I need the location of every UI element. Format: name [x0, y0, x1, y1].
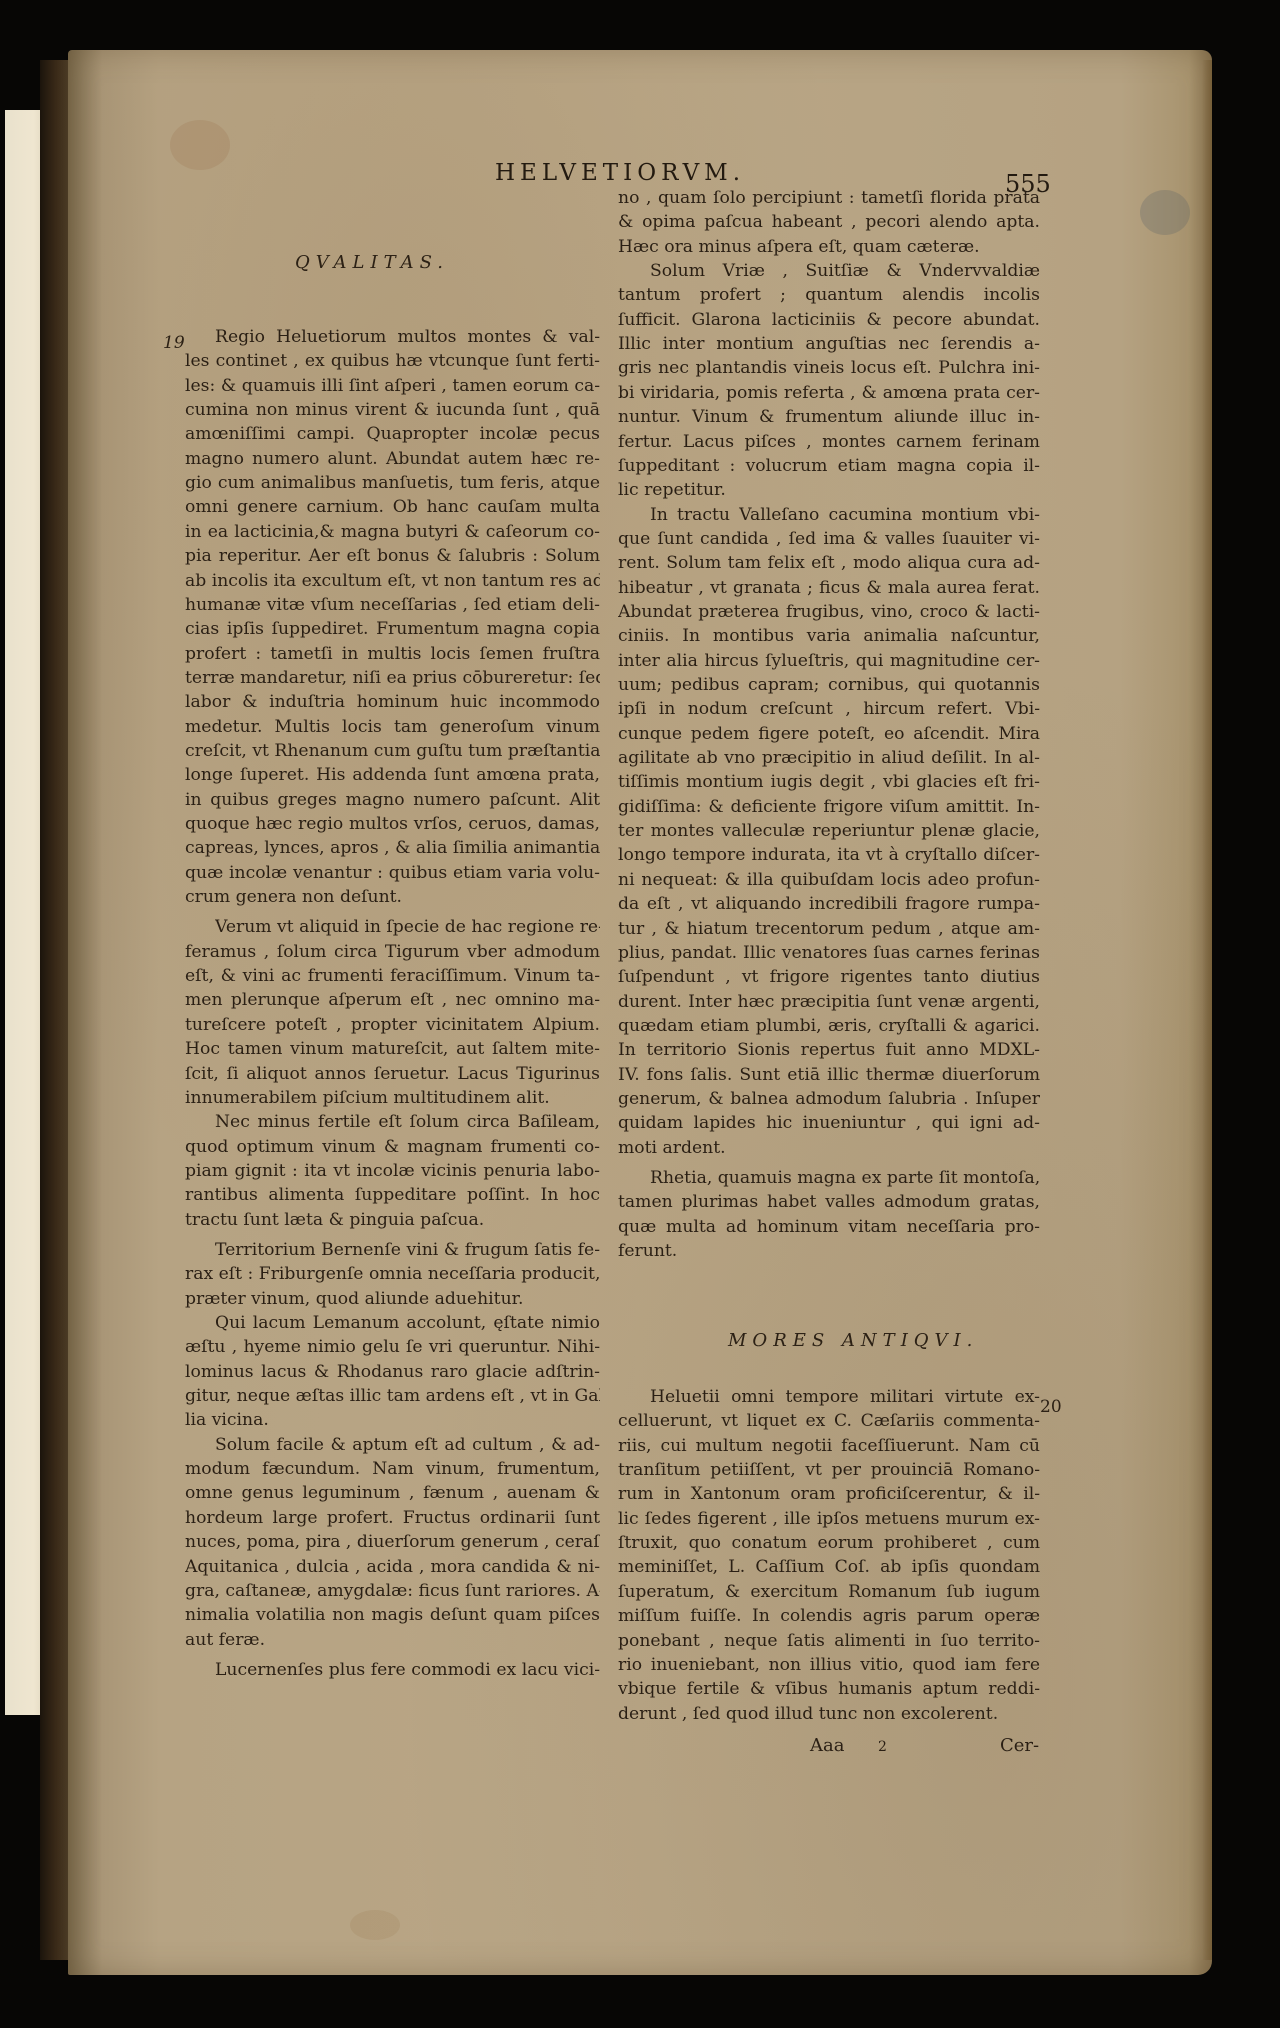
text-line: Heluetii omni tempore militari virtute e… — [650, 1385, 1040, 1409]
text-line: gris nec plantandis vineis locus eſt. Pu… — [618, 356, 1040, 380]
text-line: tamen plurimas habet valles admodum grat… — [618, 1190, 1040, 1214]
text-line: ſuppeditant : volucrum etiam magna copia… — [618, 454, 1040, 478]
text-line: tranſitum petiiſſent, vt per prouinciā R… — [618, 1458, 1040, 1482]
text-line: Hæc ora minus aſpera eſt, quam cæteræ. — [618, 235, 1040, 259]
text-line: ſcit, ſi aliquot annos ſeruetur. Lacus T… — [185, 1062, 600, 1086]
text-line: ab incolis ita excultum eſt, vt non tant… — [185, 569, 600, 593]
text-line: quod optimum vinum & magnam frumenti co- — [185, 1135, 600, 1159]
text-line: nuces, poma, pira , diuerſorum generum ,… — [185, 1530, 600, 1554]
text-line: quædam etiam plumbi, æris, cryſtalli & a… — [618, 1014, 1040, 1038]
margin-number-20: 20 — [1040, 1397, 1062, 1417]
text-line: tureſcere poteſt , propter vicinitatem A… — [185, 1013, 600, 1037]
text-line: ponebant , neque ſatis alimenti in ſuo t… — [618, 1629, 1040, 1653]
text-line: no , quam ſolo percipiunt : tametſi flor… — [618, 186, 1040, 210]
text-line: ſtruxit, quo conatum eorum prohiberet , … — [618, 1531, 1040, 1555]
text-line: miſſum fuiſſe. In colendis agris parum o… — [618, 1604, 1040, 1628]
text-line: rax eſt : Friburgenſe omnia neceſſaria p… — [185, 1262, 600, 1286]
text-line: moti ardent. — [618, 1136, 1040, 1160]
text-line: capreas, lynces, apros , & alia ſimilia … — [185, 836, 600, 860]
text-line: quæ multa ad hominum vitam neceſſaria pr… — [618, 1215, 1040, 1239]
section-heading-mores-antiqui: MORES ANTIQVI. — [728, 1330, 978, 1351]
text-line: Aquitanica , dulcia , acida , mora candi… — [185, 1555, 600, 1579]
text-line: que ſunt candida , ſed ima & valles ſuau… — [618, 527, 1040, 551]
text-line: aut feræ. — [185, 1628, 600, 1652]
text-line: gidiſſima: & deficiente frigore viſum am… — [618, 795, 1040, 819]
text-line: tiſſimis montium iugis degit , vbi glaci… — [618, 770, 1040, 794]
text-line: quidam lapides hic inueniuntur , qui ign… — [618, 1111, 1040, 1135]
text-line: & opima paſcua habeant , pecori alendo a… — [618, 210, 1040, 234]
text-line: feramus , ſolum circa Tigurum vber admod… — [185, 940, 600, 964]
text-line: rantibus alimenta ſuppeditare poſſint. I… — [185, 1183, 600, 1207]
text-line: modum fæcundum. Nam vinum, frumentum, — [185, 1457, 600, 1481]
text-line: profert : tametſi in multis locis ſemen … — [185, 642, 600, 666]
text-line: Territorium Bernenſe vini & frugum ſatis… — [215, 1238, 600, 1262]
text-line: in ea lacticinia,& magna butyri & caſeor… — [185, 520, 600, 544]
text-line: Solum facile & aptum eſt ad cultum , & a… — [215, 1433, 600, 1457]
text-line: Illic inter montium anguſtias nec ſerend… — [618, 332, 1040, 356]
text-line: nuntur. Vinum & frumentum aliunde illuc … — [618, 405, 1040, 429]
text-line: longo tempore indurata, ita vt à cryſtal… — [618, 843, 1040, 867]
text-line: gio cum animalibus manſuetis, tum feris,… — [185, 471, 600, 495]
text-line: derunt , ſed quod illud tunc non excoler… — [618, 1702, 1040, 1726]
text-line: piam gignit : ita vt incolæ vicinis penu… — [185, 1159, 600, 1183]
text-line: inter alia hircus ſylueſtris, qui magnit… — [618, 649, 1040, 673]
text-line: In tractu Valleſano cacumina montium vbi… — [650, 503, 1040, 527]
text-line: gitur, neque æſtas illic tam ardens eſt … — [185, 1384, 600, 1408]
text-line: eſt, & vini ac frumenti feraciſſimum. Vi… — [185, 964, 600, 988]
text-line: rent. Solum tam felix eſt , modo aliqua … — [618, 551, 1040, 575]
text-line: rio inueniebant, non illius vitio, quod … — [618, 1653, 1040, 1677]
margin-number-19: 19 — [163, 333, 185, 353]
text-line: riis, cui multum negotii faceſſiuerunt. … — [618, 1434, 1040, 1458]
text-line: tur , & hiatum trecentorum pedum , atque… — [618, 917, 1040, 941]
text-line: Solum Vriæ , Suitſiæ & Vndervvaldiæ — [650, 259, 1040, 283]
text-line: longe ſuperet. His addenda ſunt amœna pr… — [185, 763, 600, 787]
text-line: In territorio Sionis repertus fuit anno … — [618, 1038, 1040, 1062]
text-line: humanæ vitæ vſum neceſſarias , ſed etiam… — [185, 593, 600, 617]
text-line: bi viridaria, pomis referta , & amœna pr… — [618, 381, 1040, 405]
text-line: da eſt , vt aliquando incredibili fragor… — [618, 892, 1040, 916]
section-heading-qualitas: QVALITAS. — [295, 252, 449, 273]
text-line: omni genere carnium. Ob hanc cauſam mult… — [185, 495, 600, 519]
text-line: celluerunt, vt liquet ex C. Cæſariis com… — [618, 1409, 1040, 1433]
signature-number: 2 — [878, 1739, 887, 1755]
text-line: creſcit, vt Rhenanum cum guſtu tum præſt… — [185, 739, 600, 763]
text-line: Nec minus fertile eſt ſolum circa Baſile… — [215, 1110, 600, 1134]
text-line: ſuperatum, & exercitum Romanum ſub iugum — [618, 1580, 1040, 1604]
text-line: Abundat præterea frugibus, vino, croco &… — [618, 600, 1040, 624]
text-line: crum genera non deſunt. — [185, 885, 600, 909]
text-line: ſufficit. Glarona lacticiniis & pecore a… — [618, 308, 1040, 332]
text-line: lominus lacus & Rhodanus raro glacie adſ… — [185, 1360, 600, 1384]
text-line: medetur. Multis locis tam generoſum vinu… — [185, 715, 600, 739]
text-line: ferunt. — [618, 1239, 1040, 1263]
text-line: hibeatur , vt granata ; ficus & mala aur… — [618, 576, 1040, 600]
text-line: fertur. Lacus piſces , montes carnem fer… — [618, 430, 1040, 454]
text-line: labor & induſtria hominum huic incommodo — [185, 690, 600, 714]
text-line: men plerunque aſperum eſt , nec omnino m… — [185, 988, 600, 1012]
signature-mark: Aaa — [810, 1735, 844, 1756]
text-line: ni nequeat: & illa quibuſdam locis adeo … — [618, 868, 1040, 892]
text-line: præter vinum, quod aliunde aduehitur. — [185, 1287, 600, 1311]
text-line: lia vicina. — [185, 1408, 600, 1432]
text-line: Hoc tamen vinum matureſcit, aut ſaltem m… — [185, 1037, 600, 1061]
text-line: hordeum large profert. Fructus ordinarii… — [185, 1506, 600, 1530]
text-line: generum, & balnea admodum ſalubria . Inſ… — [618, 1087, 1040, 1111]
page-fore-edge — [1202, 60, 1212, 1960]
text-line: lic ſedes figerent , ille ipſos metuens … — [618, 1507, 1040, 1531]
text-line: omne genus leguminum , fænum , auenam & — [185, 1481, 600, 1505]
text-line: cias ipſis ſuppediret. Frumentum magna c… — [185, 617, 600, 641]
text-line: uum; pedibus capram; cornibus, qui quota… — [618, 673, 1040, 697]
text-line: IV. fons ſalis. Sunt etiā illic thermæ d… — [618, 1063, 1040, 1087]
text-line: in quibus greges magno numero paſcunt. A… — [185, 788, 600, 812]
text-line: agilitate ab vno præcipitio in aliud deſ… — [618, 746, 1040, 770]
text-line: pia reperitur. Aer eſt bonus & ſalubris … — [185, 544, 600, 568]
text-line: gra, caſtaneæ, amygdalæ: ficus ſunt rari… — [185, 1579, 600, 1603]
text-line: Qui lacum Lemanum accolunt, ęſtate nimio — [215, 1311, 600, 1335]
catchword: Cer- — [1000, 1735, 1039, 1756]
text-line: quæ incolæ venantur : quibus etiam varia… — [185, 861, 600, 885]
text-line: Regio Heluetiorum multos montes & val- — [215, 325, 600, 349]
text-line: terræ mandaretur, niſi ea prius cōburere… — [185, 666, 600, 690]
text-line: tractu ſunt læta & pinguia paſcua. — [185, 1208, 600, 1232]
text-line: Verum vt aliquid in ſpecie de hac region… — [215, 915, 600, 939]
text-line: meminiſſet, L. Caſſium Coſ. ab ipſis quo… — [618, 1555, 1040, 1579]
text-line: tantum profert ; quantum alendis incolis — [618, 283, 1040, 307]
text-line: Rhetia, quamuis magna ex parte ſit monto… — [650, 1166, 1040, 1190]
text-line: cumina non minus virent & iucunda ſunt ,… — [185, 398, 600, 422]
text-line: innumerabilem piſcium multitudinem alit. — [185, 1086, 600, 1110]
text-line: cunque pedem figere poteſt, eo aſcendit.… — [618, 722, 1040, 746]
text-line: ipſi in nodum creſcunt , hircum refert. … — [618, 697, 1040, 721]
text-line: rum in Xantonum oram proficiſcerentur, &… — [618, 1482, 1040, 1506]
text-line: durent. Inter hæc præcipitia ſunt venæ a… — [618, 990, 1040, 1014]
text-line: Lucernenſes plus fere commodi ex lacu vi… — [215, 1658, 600, 1682]
text-line: magno numero alunt. Abundat autem hæc re… — [185, 447, 600, 471]
text-line: ſuſpendunt , vt frigore rigentes tanto d… — [618, 965, 1040, 989]
text-line: lic repetitur. — [618, 478, 1040, 502]
text-line: vbique fertile & vſibus humanis aptum re… — [618, 1677, 1040, 1701]
text-line: les: & quamuis illi ſint aſperi , tamen … — [185, 374, 600, 398]
text-line: les continet , ex quibus hæ vtcunque ſun… — [185, 349, 600, 373]
text-line: ciniis. In montibus varia animalia naſcu… — [618, 624, 1040, 648]
text-line: plius, pandat. Illic venatores ſuas carn… — [618, 941, 1040, 965]
text-line: nimalia volatilia non magis deſunt quam … — [185, 1603, 600, 1627]
running-head: HELVETIORVM. — [495, 160, 745, 186]
text-line: amœniſſimi campi. Quapropter incolæ pecu… — [185, 422, 600, 446]
text-line: æſtu , hyeme nimio gelu ſe vri queruntur… — [185, 1335, 600, 1359]
text-line: quoque hæc regio multos vrſos, ceruos, d… — [185, 812, 600, 836]
text-line: ter montes valleculæ reperiuntur plenæ g… — [618, 819, 1040, 843]
